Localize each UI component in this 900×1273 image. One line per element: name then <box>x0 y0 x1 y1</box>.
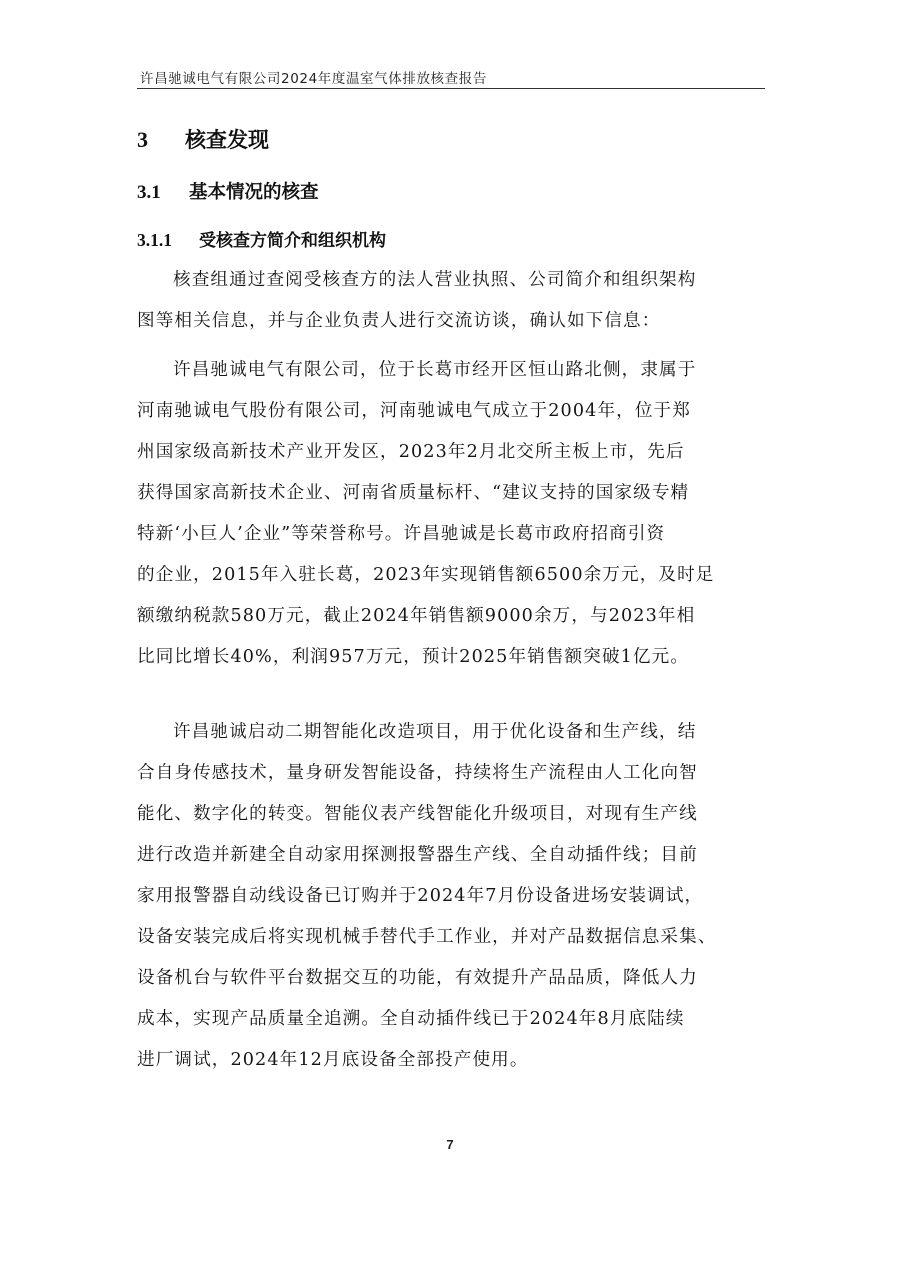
section-title: 受核查方简介和组织机构 <box>199 231 386 251</box>
text-line: 获得国家高新技术企业、河南省质量标杆、“建议支持的国家级专精 <box>137 479 689 504</box>
text-line: 设备安装完成后将实现机械手替代手工作业，并对产品数据信息采集、 <box>137 923 717 948</box>
text-line: 设备机台与软件平台数据交互的功能，有效提升产品品质，降低人力 <box>137 964 698 989</box>
text-line: 特新‘小巨人’企业”等荣誉称号。许昌驰诚是长葛市政府招商引资 <box>137 520 665 545</box>
text-line: 进厂调试，2024年12月底设备全部投产使用。 <box>137 1046 529 1071</box>
text-line: 的企业，2015年入驻长葛，2023年实现销售额6500余万元，及时足 <box>137 561 714 586</box>
text-line: 额缴纳税款580万元，截止2024年销售额9000余万，与2023年相 <box>137 602 695 627</box>
text-line: 许昌驰诚启动二期智能化改造项目，用于优化设备和生产线，结 <box>173 718 696 743</box>
section-heading-3-1: 3.1基本情况的核查 <box>137 178 319 204</box>
text-line: 河南驰诚电气股份有限公司，河南驰诚电气成立于2004年，位于郑 <box>137 397 691 422</box>
text-line: 许昌驰诚电气有限公司，位于长葛市经开区恒山路北侧，隶属于 <box>173 356 696 381</box>
section-heading-3: 3核查发现 <box>137 124 269 154</box>
text-line: 核查组通过查阅受核查方的法人营业执照、公司简介和组织架构 <box>173 266 696 291</box>
header-title: 许昌驰诚电气有限公司2024年度温室气体排放核查报告 <box>140 67 487 87</box>
section-number: 3.1.1 <box>137 230 199 251</box>
text-line: 比同比增长40%，利润957万元，预计2025年销售额突破1亿元。 <box>137 643 689 668</box>
text-line: 能化、数字化的转变。智能仪表产线智能化升级项目，对现有生产线 <box>137 800 698 825</box>
text-line: 成本，实现产品质量全追溯。全自动插件线已于2024年8月底陆续 <box>137 1005 685 1030</box>
section-number: 3.1 <box>137 182 189 204</box>
text-line: 合自身传感技术，量身研发智能设备，持续将生产流程由人工化向智 <box>137 759 698 784</box>
section-number: 3 <box>137 127 185 153</box>
page-number: 7 <box>0 1137 900 1152</box>
text-line: 进行改造并新建全自动家用探测报警器生产线、全自动插件线；目前 <box>137 841 698 866</box>
section-title: 基本情况的核查 <box>189 182 319 203</box>
text-line: 图等相关信息，并与企业负责人进行交流访谈，确认如下信息： <box>137 307 660 332</box>
text-line: 家用报警器自动线设备已订购并于2024年7月份设备进场安装调试， <box>137 882 703 907</box>
section-title: 核查发现 <box>185 128 269 152</box>
page-header: 许昌驰诚电气有限公司2024年度温室气体排放核查报告 <box>137 66 765 89</box>
section-heading-3-1-1: 3.1.1受核查方简介和组织机构 <box>137 226 386 251</box>
text-line: 州国家级高新技术产业开发区，2023年2月北交所主板上市，先后 <box>137 438 685 463</box>
